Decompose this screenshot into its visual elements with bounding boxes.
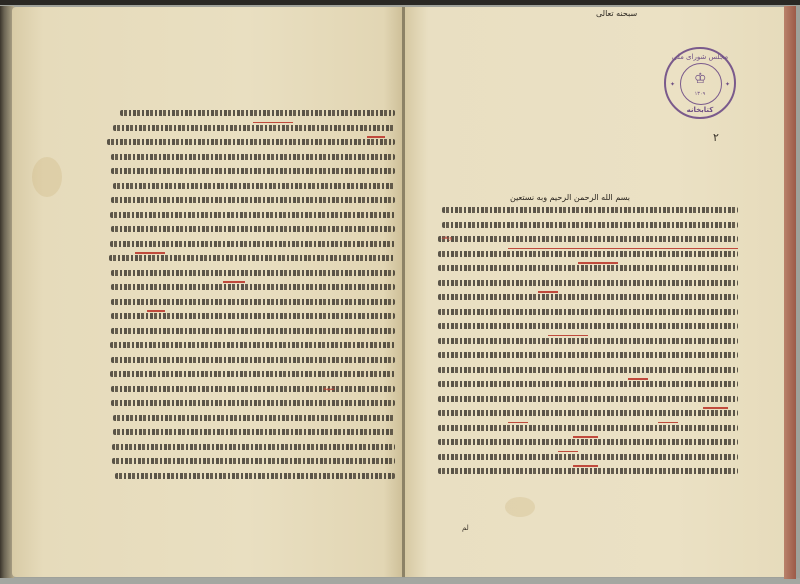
text-line: ... الجواب ... (438, 290, 738, 305)
right-page-red-edge (784, 6, 796, 579)
text-line: ... الاخلال ... الامتثال ... (438, 276, 738, 291)
star-icon: ✦ (725, 81, 730, 88)
text-line: ... الاجزاء الواجبة للصلوة ... (105, 266, 395, 281)
text-line: ... العرف ... (438, 450, 738, 465)
header-note: سبحنه تعالى (596, 9, 637, 18)
text-line: ... البيانية ... (438, 363, 738, 378)
text-line: ... المستحب ... (438, 392, 738, 407)
text-line: ... الجزء ... (438, 348, 738, 363)
text-line: ... الوجوب ... (105, 208, 395, 223)
text-line: ... الحكم الشارع ... (105, 295, 395, 310)
text-line: الثاني ... (105, 425, 395, 440)
text-line: من الشارع ... الصلوة ... (105, 396, 395, 411)
paper-stain (32, 157, 62, 197)
text-line: الشارع لاجزاء المركبات العرفية من تلك ال… (105, 121, 395, 136)
basmala-heading: بسم الله الرحمن الرحيم وبه نستعين (510, 193, 630, 202)
text-line: انه في العرف كذلك بل المتصورة اجزاء الصل… (105, 106, 395, 121)
text-line: ... الاخلال ... (105, 324, 395, 339)
left-page: انه في العرف كذلك بل المتصورة اجزاء الصل… (12, 7, 403, 577)
stamp-top-text: مجلس شوراى ملى (666, 53, 734, 61)
text-line: تنبيهالاصطلاح بعدم ... اسم الركن ... (105, 382, 395, 397)
text-line: العالمين والصلوة والسلام على من هو ... و… (438, 218, 738, 233)
library-stamp: مجلس شوراى ملى ♔ ١٣٠٩ كتابخانه ✦ ✦ (664, 47, 736, 119)
text-line: ... الكثيرة ... (438, 435, 738, 450)
right-page-text-block: الحمد لله الذي احكم شرايع الدين بمطالع ا… (438, 203, 738, 479)
text-line: ... القيام ... (438, 421, 738, 436)
text-line: ... الشارع بان الاخلال ... (105, 353, 395, 368)
text-line: ... الاجزاء ... الاغلب ... (105, 454, 395, 469)
manuscript-spread: انه في العرف كذلك بل المتصورة اجزاء الصل… (0, 3, 800, 579)
text-line: مطالع الانوار ... كتاب الصلوة ... (438, 247, 738, 262)
text-line: ... الاجزاء ... (105, 338, 395, 353)
text-line: الاجزاء ... الكثيرة ... (105, 237, 395, 252)
text-line: في الواجبات ... الصلوة ... (438, 261, 738, 276)
stamp-bottom-text: كتابخانه (666, 106, 734, 114)
text-line: الاخلال بها من حيث الجزئية ... (105, 179, 395, 194)
text-line: منه الاخلال ... (105, 193, 395, 208)
text-line: ... من حيث الوجوب ... (105, 164, 395, 179)
text-line: بعض الاجزاء ... الاول من الاجزاء التي تس… (105, 135, 395, 150)
text-line: الواجبة الصلوة ... الكثيرة ... (105, 469, 395, 484)
folio-number: ٢ (713, 131, 719, 144)
text-line: ... الاعلى ... (105, 440, 395, 455)
text-line: ... الامتثال ... (105, 222, 395, 237)
text-line: ... الجزئية ... (105, 280, 395, 295)
text-line: ... الحرانيين ... (438, 319, 738, 334)
lion-sun-emblem-icon: ♔ (694, 71, 707, 87)
text-line: وبعدوبعد فيقول احوج العباد الى عفو ربه ا… (438, 232, 738, 247)
text-line: في العرف في المسببات العرفية ... (105, 150, 395, 165)
text-line: الاخلال ... اصطلاح الفقهاء ... (105, 309, 395, 324)
stamp-date: ١٣٠٩ (666, 91, 734, 97)
star-icon: ✦ (670, 81, 675, 88)
catchword: لم (462, 524, 469, 532)
paper-stain (505, 497, 535, 517)
text-line: الحمد لله الذي احكم شرايع الدين بمطالع ا… (438, 203, 738, 218)
text-line: ... الكلام ... (438, 377, 738, 392)
text-line: ... الاخلال ... (438, 406, 738, 421)
text-line: ... الاخلال ... (105, 367, 395, 382)
text-line: ... المجيئة الثانية ... (105, 251, 395, 266)
text-line: ... الاول ... الامتثال ... (105, 411, 395, 426)
text-line: ... من باب العامليت الرفية (438, 464, 738, 479)
text-line: ... الشرطية ... (438, 334, 738, 349)
left-page-text-block: انه في العرف كذلك بل المتصورة اجزاء الصل… (105, 106, 395, 483)
text-line: ... التامل ... (438, 305, 738, 320)
